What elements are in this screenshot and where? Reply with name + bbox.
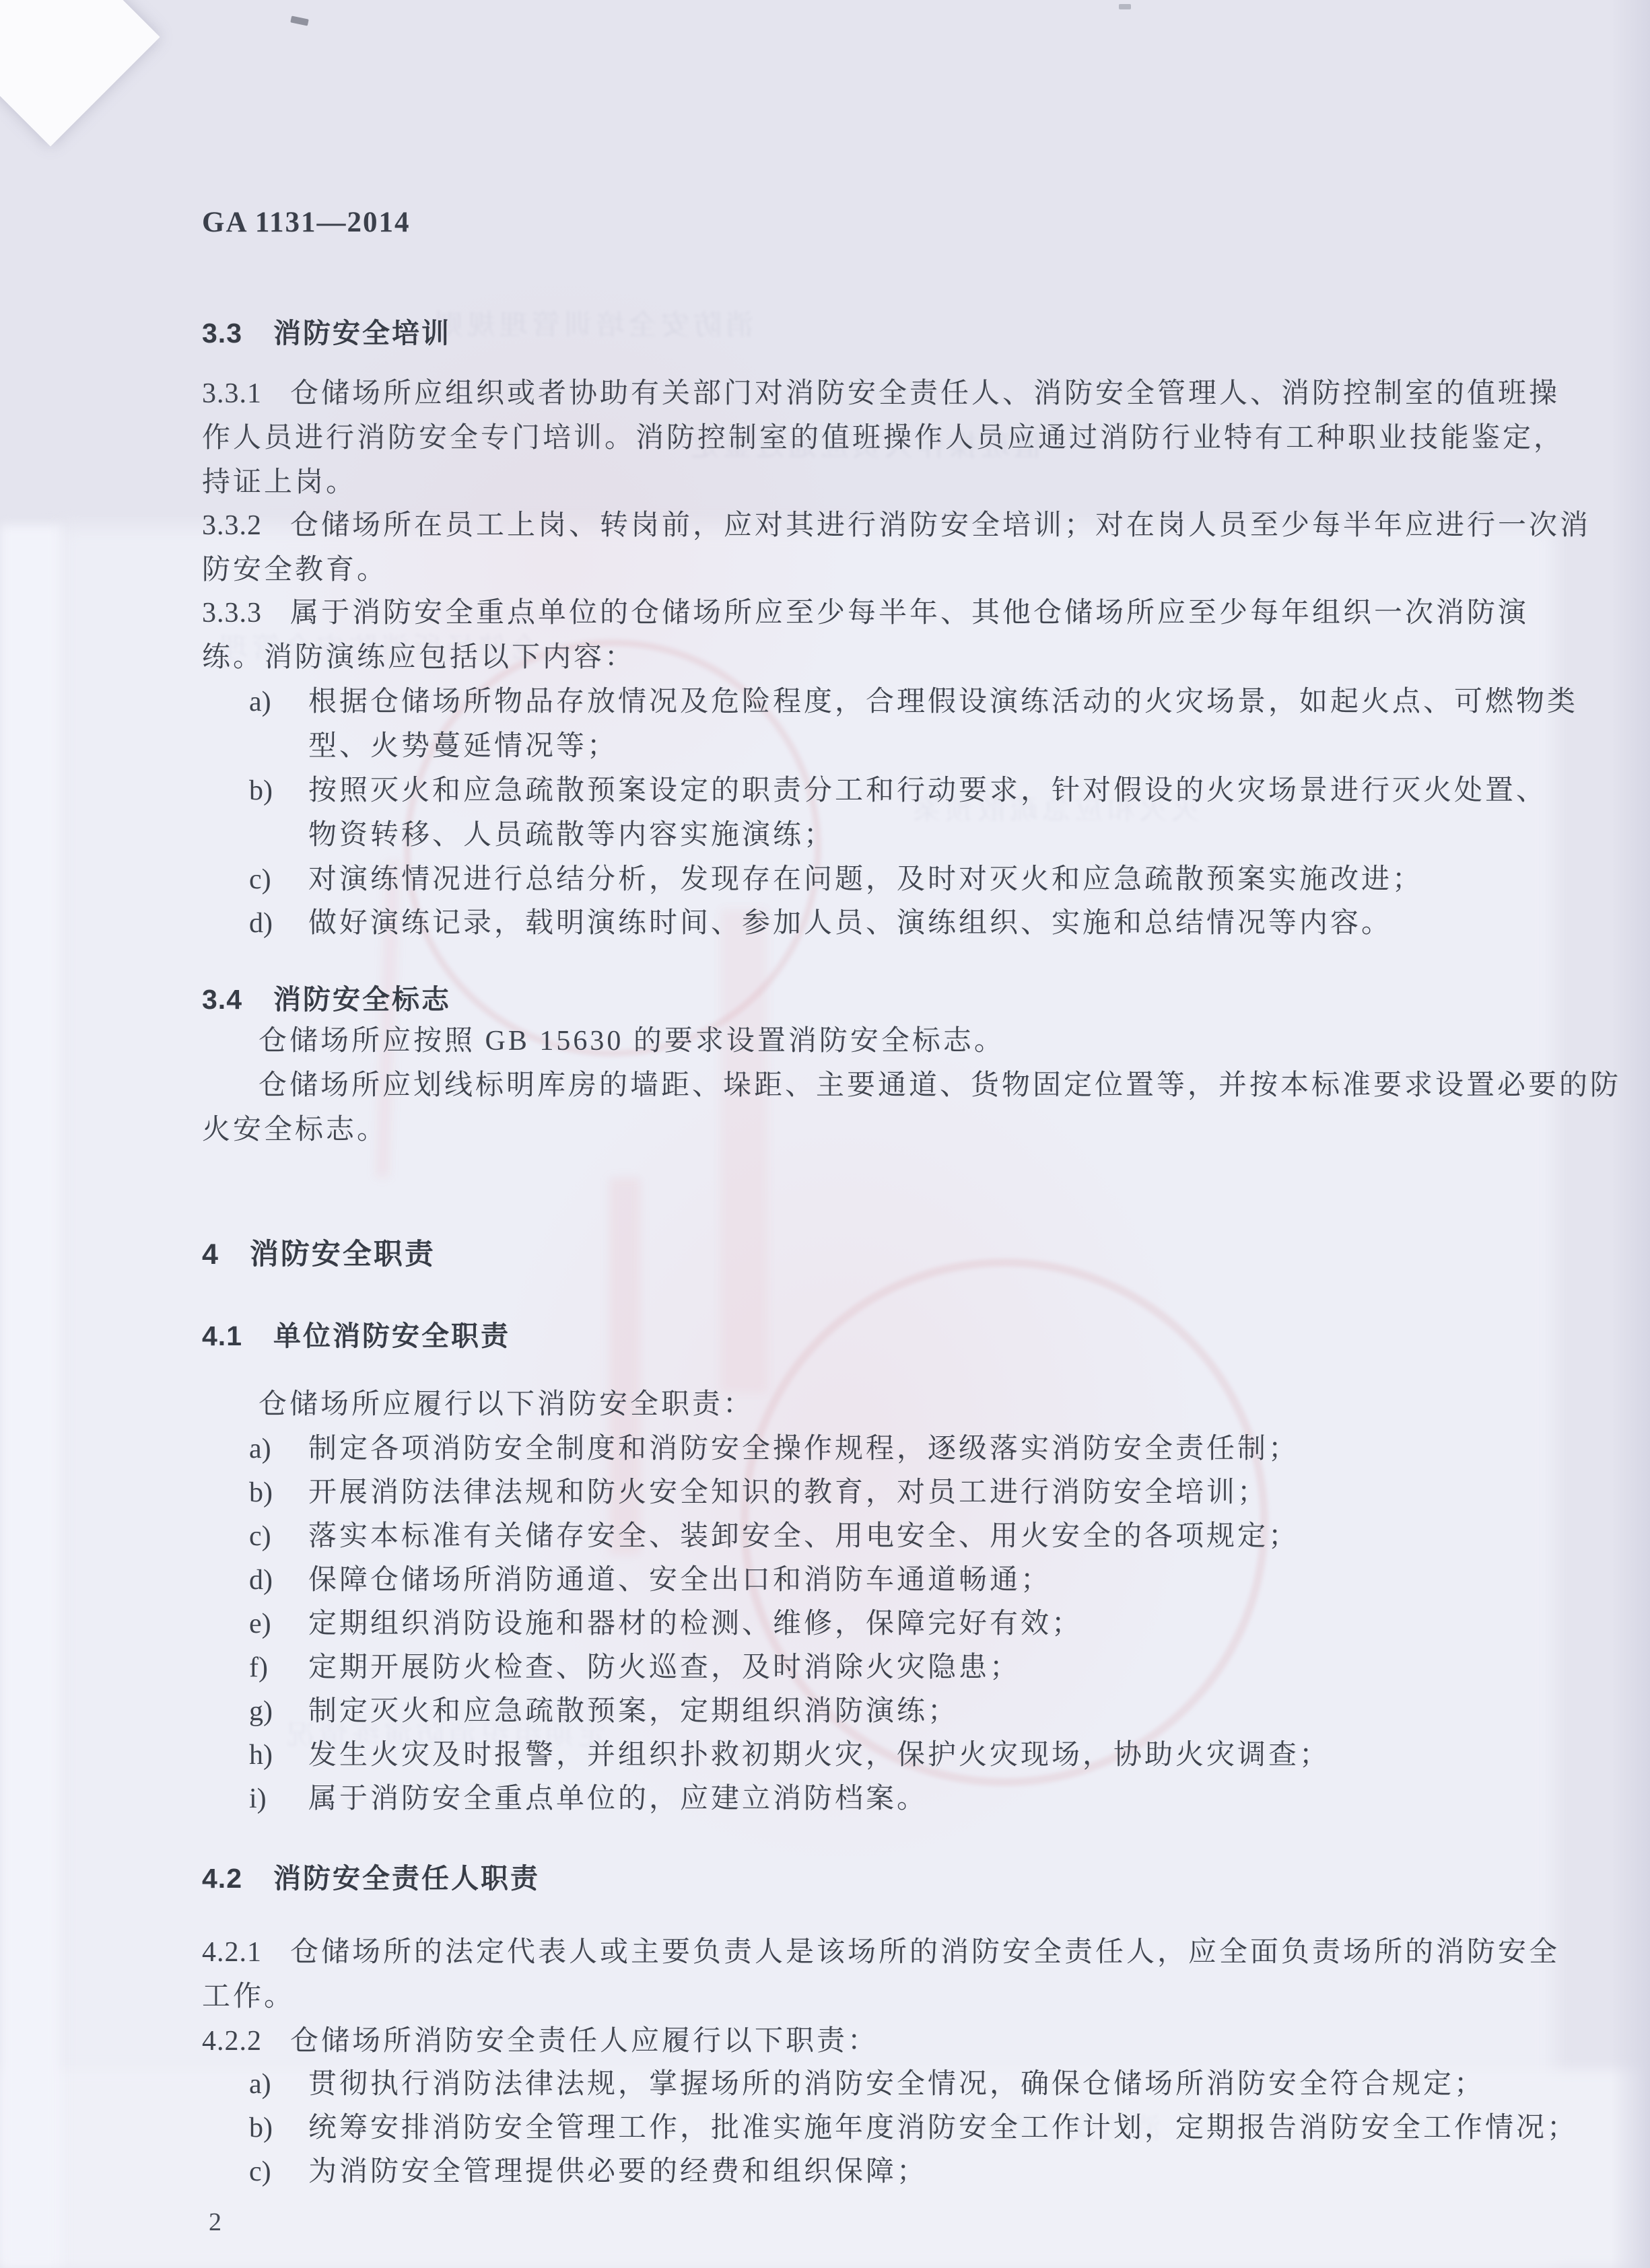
list-text: 为消防安全管理提供必要的经费和组织保障； [308,2156,928,2187]
section-number: 4.1 [202,1320,242,1351]
list-marker: g) [249,1695,308,1728]
list-item-a: a)根据仓储场所物品存放情况及危险程度，合理假设演练活动的火灾场景，如起火点、可… [202,685,1578,719]
chapter-4-heading: 4消防安全职责 [202,1232,436,1273]
list-marker: a) [249,2067,308,2101]
duty-item-f: f)定期开展防火检查、防火巡查，及时消除火灾隐患； [202,1651,1021,1685]
list-marker: c) [249,2155,308,2189]
clause-number: 3.3.1 [202,378,262,409]
list-marker: d) [249,1563,308,1597]
list-item-b-cont: 物资转移、人员疏散等内容实施演练； [202,818,835,852]
duty-item-g: g)制定灭火和应急疏散预案，定期组织消防演练； [202,1695,959,1728]
para-4-1-intro: 仓储场所应履行以下消防安全职责： [202,1388,754,1421]
clause-text: 属于消防安全重点单位的仓储场所应至少每半年、其他仓储场所应至少每年组织一次消防演 [290,598,1529,629]
scan-speck [1119,4,1131,9]
list-text: 制定各项消防安全制度和消防安全操作规程，逐级落实消防安全责任制； [308,1433,1299,1464]
resp-item-b: b)统筹安排消防安全管理工作，批准实施年度消防安全工作计划，定期报告消防安全工作… [202,2111,1578,2145]
list-text: 开展消防法律法规和防火安全知识的教育，对员工进行消防安全培训； [308,1477,1268,1508]
list-text: 贯彻执行消防法律法规，掌握场所的消防安全情况，确保仓储场所消防安全符合规定； [308,2069,1485,2100]
section-title: 消防安全标志 [273,984,451,1015]
duty-item-h: h)发生火灾及时报警，并组织扑救初期火灾，保护火灾现场，协助火灾调查； [202,1738,1330,1772]
page-corner-fold [0,0,160,147]
para-3-4-p2-line1: 仓储场所应划线标明库房的墙距、垛距、主要通道、货物固定位置等，并按本标准要求设置… [202,1069,1621,1102]
clause-number: 3.3.3 [202,598,262,629]
list-marker: a) [249,1432,308,1466]
list-marker: b) [249,2111,308,2145]
list-text: 定期开展防火检查、防火巡查，及时消除火灾隐患； [308,1652,1021,1683]
duty-item-c: c)落实本标准有关储存安全、装卸安全、用电安全、用火安全的各项规定； [202,1520,1299,1553]
list-text: 根据仓储场所物品存放情况及危险程度，合理假设演练活动的火灾场景，如起火点、可燃物… [308,686,1578,717]
standard-number-header: GA 1131—2014 [202,206,411,239]
clause-text: 仓储场所的法定代表人或主要负责人是该场所的消防安全责任人，应全面负责场所的消防安… [290,1937,1560,1968]
para-3-3-3-line1: 3.3.3属于消防安全重点单位的仓储场所应至少每半年、其他仓储场所应至少每年组织… [202,596,1529,630]
list-marker: e) [249,1607,308,1641]
section-title: 单位消防安全职责 [273,1320,510,1351]
para-4-2-1-line2: 工作。 [202,1980,295,2014]
section-number: 3.3 [202,318,242,349]
para-3-3-3-line2: 练。消防演练应包括以下内容： [202,641,635,674]
list-marker: i) [249,1782,308,1816]
page-number: 2 [209,2207,221,2237]
list-marker: d) [249,907,308,940]
section-3-3-heading: 3.3消防安全培训 [202,311,451,351]
list-marker: c) [249,1520,308,1553]
paper-left-edge [0,525,62,2268]
clause-text: 仓储场所在员工上岗、转岗前，应对其进行消防安全培训；对在岗人员至少每半年应进行一… [290,510,1591,541]
section-number: 4.2 [202,1863,242,1894]
list-item-a-cont: 型、火势蔓延情况等； [202,730,618,763]
list-text: 做好演练记录，载明演练时间、参加人员、演练组织、实施和总结情况等内容。 [308,908,1392,939]
duty-item-i: i)属于消防安全重点单位的，应建立消防档案。 [202,1782,928,1816]
para-3-4-p1: 仓储场所应按照 GB 15630 的要求设置消防安全标志。 [202,1024,1005,1058]
clause-number: 3.3.2 [202,510,262,541]
chapter-number: 4 [202,1238,219,1271]
section-title: 消防安全责任人职责 [273,1863,540,1894]
list-text: 发生火灾及时报警，并组织扑救初期火灾，保护火灾现场，协助火灾调查； [308,1740,1330,1771]
list-marker: h) [249,1738,308,1772]
para-3-3-1-line3: 持证上岗。 [202,466,357,499]
duty-item-a: a)制定各项消防安全制度和消防安全操作规程，逐级落实消防安全责任制； [202,1432,1299,1466]
section-4-1-heading: 4.1单位消防安全职责 [202,1314,510,1353]
list-text: 制定灭火和应急疏散预案，定期组织消防演练； [308,1696,959,1727]
duty-item-d: d)保障仓储场所消防通道、安全出口和消防车通道畅通； [202,1563,1052,1597]
para-3-3-1-line2: 作人员进行消防安全专门培训。消防控制室的值班操作人员应通过消防行业特有工种职业技… [202,421,1565,455]
duty-item-e: e)定期组织消防设施和器材的检测、维修，保障完好有效； [202,1607,1082,1641]
list-item-b: b)按照灭火和应急疏散预案设定的职责分工和行动要求，针对假设的火灾场景进行灭火处… [202,774,1547,808]
list-marker: c) [249,863,308,896]
clause-number: 4.2.2 [202,2026,262,2057]
para-4-2-1-line1: 4.2.1仓储场所的法定代表人或主要负责人是该场所的消防安全责任人，应全面负责场… [202,1936,1560,1969]
list-marker: f) [249,1651,308,1685]
list-item-d: d)做好演练记录，载明演练时间、参加人员、演练组织、实施和总结情况等内容。 [202,907,1392,940]
clause-number: 4.2.1 [202,1937,262,1968]
list-text: 对演练情况进行总结分析，发现存在问题，及时对灭火和应急疏散预案实施改进； [308,864,1423,895]
bleedthrough-text: 消防安全培训管理规则 [431,303,754,343]
resp-item-c: c)为消防安全管理提供必要的经费和组织保障； [202,2155,928,2189]
list-text: 属于消防安全重点单位的，应建立消防档案。 [308,1783,928,1814]
list-marker: b) [249,774,308,808]
list-text: 统筹安排消防安全管理工作，批准实施年度消防安全工作计划，定期报告消防安全工作情况… [308,2113,1578,2143]
clause-text: 仓储场所应组织或者协助有关部门对消防安全责任人、消防安全管理人、消防控制室的值班… [290,378,1560,409]
resp-item-a: a)贯彻执行消防法律法规，掌握场所的消防安全情况，确保仓储场所消防安全符合规定； [202,2067,1485,2101]
scanned-document-page: 消防安全培训管理规则 值班操作人员应通过鉴定 仓储场所消防安全管理 灭火和应急疏… [0,0,1650,2268]
list-text: 定期组织消防设施和器材的检测、维修，保障完好有效； [308,1608,1082,1639]
list-text: 落实本标准有关储存安全、装卸安全、用电安全、用火安全的各项规定； [308,1521,1299,1552]
duty-item-b: b)开展消防法律法规和防火安全知识的教育，对员工进行消防安全培训； [202,1476,1268,1510]
para-3-3-2-line2: 防安全教育。 [202,553,388,587]
section-4-2-heading: 4.2消防安全责任人职责 [202,1856,540,1896]
list-text: 保障仓储场所消防通道、安全出口和消防车通道畅通； [308,1565,1052,1596]
list-marker: a) [249,685,308,719]
chapter-title: 消防安全职责 [250,1238,436,1271]
scan-right-shadow [1611,0,1650,2268]
section-3-4-heading: 3.4消防安全标志 [202,977,451,1017]
para-3-4-p2-line2: 火安全标志。 [202,1113,388,1147]
scan-speck [290,15,309,26]
list-marker: b) [249,1476,308,1510]
section-title: 消防安全培训 [273,318,451,349]
list-item-c: c)对演练情况进行总结分析，发现存在问题，及时对灭火和应急疏散预案实施改进； [202,863,1423,896]
para-3-3-1-line1: 3.3.1仓储场所应组织或者协助有关部门对消防安全责任人、消防安全管理人、消防控… [202,377,1560,411]
list-text: 按照灭火和应急疏散预案设定的职责分工和行动要求，针对假设的火灾场景进行灭火处置、 [308,775,1547,806]
clause-text: 仓储场所消防安全责任人应履行以下职责： [290,2026,879,2057]
section-number: 3.4 [202,984,242,1015]
para-3-3-2-line1: 3.3.2仓储场所在员工上岗、转岗前，应对其进行消防安全培训；对在岗人员至少每半… [202,509,1591,542]
para-4-2-2: 4.2.2仓储场所消防安全责任人应履行以下职责： [202,2024,879,2058]
